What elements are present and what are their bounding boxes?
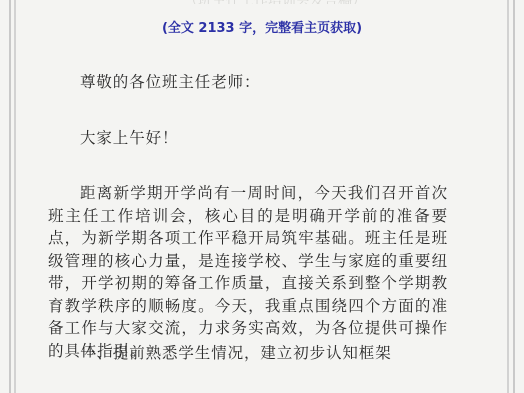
right-border-inner: [507, 0, 509, 393]
clipped-title: （班主任工作培训会发言稿）: [150, 0, 400, 4]
salutation: 尊敬的各位班主任老师：: [48, 71, 448, 94]
word-count-subtitle: (全文 2133 字，完整看主页获取): [0, 17, 524, 36]
intro-paragraph: 距离新学期开学尚有一周时间，今天我们召开首次班主任工作培训会，核心目的是明确开学…: [48, 182, 448, 362]
greeting: 大家上午好！: [48, 127, 448, 150]
right-border-outer: [513, 0, 515, 393]
left-border-inner: [14, 0, 16, 393]
document-page: （班主任工作培训会发言稿） (全文 2133 字，完整看主页获取) 尊敬的各位班…: [0, 0, 524, 393]
section-heading: 一、提前熟悉学生情况，建立初步认知框架: [48, 342, 448, 365]
left-border-outer: [9, 0, 11, 393]
